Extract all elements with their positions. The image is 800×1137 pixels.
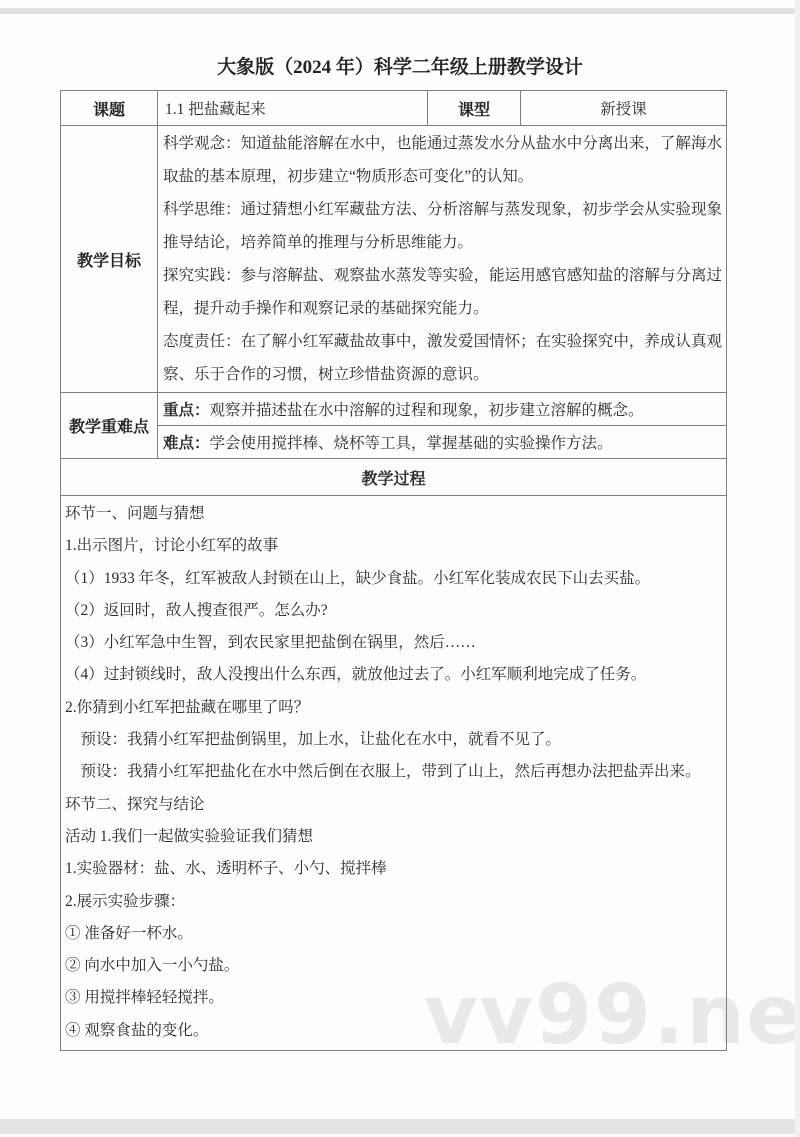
keypoint-difficult-cell: 难点：学会使用搅拌棒、烧杯等工具，掌握基础的实验操作方法。 [158, 426, 727, 459]
lesson-type-label-cell: 课型 [428, 91, 521, 126]
table-row: 教学过程 [61, 459, 727, 496]
page-title: 大象版（2024 年）科学二年级上册教学设计 [0, 52, 800, 79]
table-row: 教学重难点 重点：观察并描述盐在水中溶解的过程和现象，初步建立溶解的概念。 [61, 393, 727, 426]
process-line: ① 准备好一杯水。 [65, 918, 722, 950]
keypoint-difficult-label: 难点： [163, 435, 210, 452]
process-line: 活动 1.我们一起做实验验证我们猜想 [65, 821, 722, 853]
process-line: 预设：我猜小红军把盐倒锅里，加上水，让盐化在水中，就看不见了。 [65, 724, 722, 756]
keypoint-important-text: 观察并描述盐在水中溶解的过程和现象，初步建立溶解的概念。 [210, 402, 644, 419]
table-row: 环节一、问题与猜想1.出示图片，讨论小红军的故事（1）1933 年冬，红军被敌人… [61, 496, 727, 1051]
process-line: ③ 用搅拌棒轻轻搅拌。 [65, 982, 722, 1014]
lesson-type-value-cell: 新授课 [521, 91, 727, 126]
table-row: 难点：学会使用搅拌棒、烧杯等工具，掌握基础的实验操作方法。 [61, 426, 727, 459]
keypoint-important-cell: 重点：观察并描述盐在水中溶解的过程和现象，初步建立溶解的概念。 [158, 393, 727, 426]
process-line: （1）1933 年冬，红军被敌人封锁在山上，缺少食盐。小红军化装成农民下山去买盐… [65, 563, 722, 595]
objectives-content-cell: 科学观念：知道盐能溶解在水中，也能通过蒸发水分从盐水中分离出来，了解海水取盐的基… [158, 126, 727, 393]
topic-value-cell: 1.1 把盐藏起来 [158, 91, 428, 126]
keypoint-difficult-text: 学会使用搅拌棒、烧杯等工具，掌握基础的实验操作方法。 [210, 435, 613, 452]
process-line: 1.出示图片，讨论小红军的故事 [65, 530, 722, 562]
objective-paragraph: 科学思维：通过猜想小红军藏盐方法、分析溶解与蒸发现象，初步学会从实验现象推导结论… [163, 193, 722, 259]
table-row: 教学目标 科学观念：知道盐能溶解在水中，也能通过蒸发水分从盐水中分离出来，了解海… [61, 126, 727, 393]
process-content-cell: 环节一、问题与猜想1.出示图片，讨论小红军的故事（1）1933 年冬，红军被敌人… [61, 496, 727, 1051]
process-line: ④ 观察食盐的变化。 [65, 1015, 722, 1047]
document-page: vv99.net 大象版（2024 年）科学二年级上册教学设计 课题 1.1 把… [0, 0, 800, 1137]
lesson-plan-table: 课题 1.1 把盐藏起来 课型 新授课 教学目标 科学观念：知道盐能溶解在水中，… [60, 90, 727, 1051]
keypoint-important-label: 重点： [163, 402, 210, 419]
process-line: 2.你猜到小红军把盐藏在哪里了吗？ [65, 692, 722, 724]
objectives-label-cell: 教学目标 [61, 126, 158, 393]
process-line: 环节一、问题与猜想 [65, 498, 722, 530]
objective-paragraph: 科学观念：知道盐能溶解在水中，也能通过蒸发水分从盐水中分离出来，了解海水取盐的基… [163, 127, 722, 193]
process-line: （2）返回时，敌人搜查很严。怎么办? [65, 595, 722, 627]
process-line: （4）过封锁线时，敌人没搜出什么东西，就放他过去了。小红军顺利地完成了任务。 [65, 659, 722, 691]
page-top-edge [0, 8, 800, 14]
table-row: 课题 1.1 把盐藏起来 课型 新授课 [61, 91, 727, 126]
process-line: 预设：我猜小红军把盐化在水中然后倒在衣服上，带到了山上，然后再想办法把盐弄出来。 [65, 756, 722, 788]
process-line: 1.实验器材：盐、水、透明杯子、小勺、搅拌棒 [65, 853, 722, 885]
keypoints-label-cell: 教学重难点 [61, 393, 158, 459]
objective-paragraph: 态度责任：在了解小红军藏盐故事中，激发爱国情怀；在实验探究中，养成认真观察、乐于… [163, 325, 722, 391]
process-line: ② 向水中加入一小勺盐。 [65, 950, 722, 982]
page-right-edge [795, 0, 800, 1137]
process-line: 环节二、探究与结论 [65, 789, 722, 821]
objective-paragraph: 探究实践：参与溶解盐、观察盐水蒸发等实验，能运用感官感知盐的溶解与分离过程，提升… [163, 259, 722, 325]
process-line: （3）小红军急中生智，到农民家里把盐倒在锅里，然后…… [65, 627, 722, 659]
process-header-cell: 教学过程 [61, 459, 727, 496]
topic-label-cell: 课题 [61, 91, 158, 126]
process-line: 2.展示实验步骤： [65, 886, 722, 918]
page-bottom-edge [0, 1119, 800, 1134]
